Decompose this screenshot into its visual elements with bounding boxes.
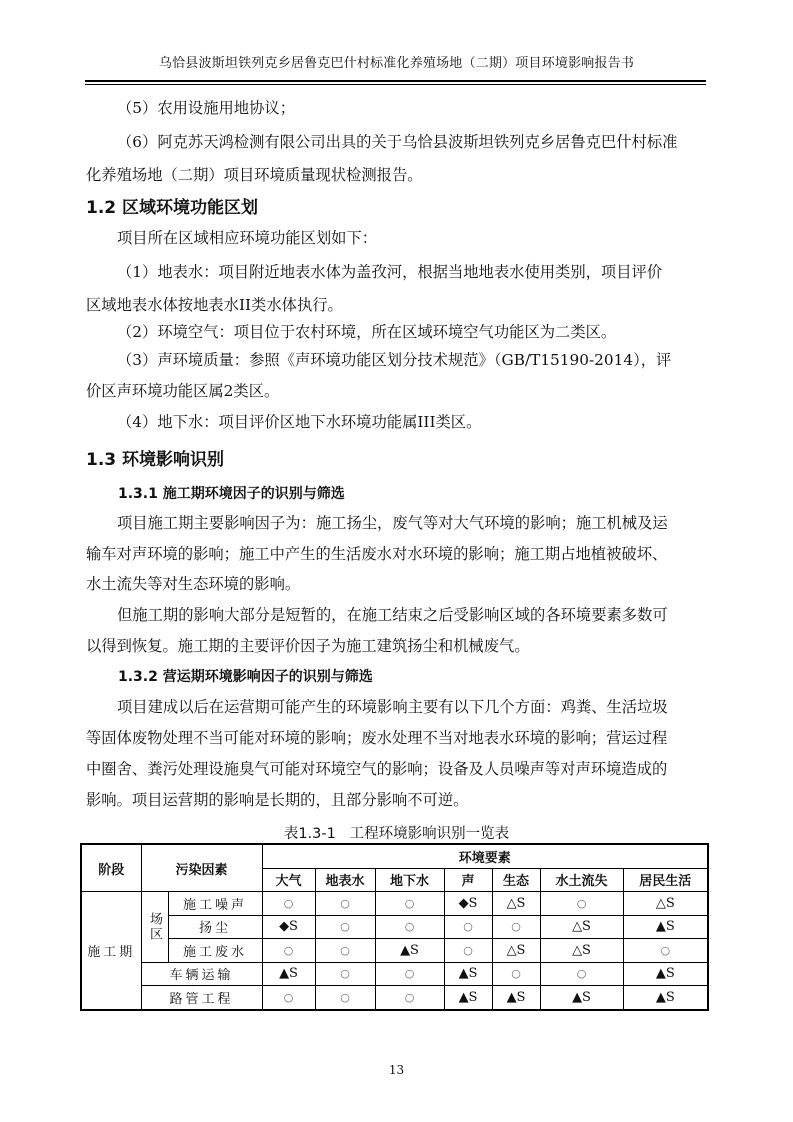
- page-number: 13: [0, 1063, 793, 1077]
- table-row: 扬尘 ◆S ○ ○ ○ ○ △S ▲S: [81, 915, 708, 939]
- value-cell: ○: [315, 939, 375, 963]
- value-cell: ○: [375, 962, 444, 986]
- header-env-elements: 环境要素: [262, 844, 708, 868]
- table-caption: 表1.3-1 工程环境影响识别一览表: [0, 822, 793, 843]
- table-row: 施工废水 ○ ○ ▲S ○ △S △S ○: [81, 939, 708, 963]
- section-heading-1-3: 1.3 环境影响识别: [86, 445, 224, 470]
- header-ecology: 生态: [492, 868, 540, 892]
- value-cell: ○: [375, 892, 444, 916]
- value-cell: ○: [315, 892, 375, 916]
- table-row: 施工期 场区 施工噪声 ○ ○ ○ ◆S △S ○ △S: [81, 892, 708, 916]
- paragraph: 影响。项目运营期的影响是长期的，且部分影响不可逆。: [86, 790, 706, 810]
- subgroup-label: 场区: [147, 912, 162, 942]
- impact-identification-table: 阶段 污染因素 环境要素 大气 地表水 地下水 声 生态 水土流失 居民生活 施…: [80, 843, 709, 1011]
- value-cell: △S: [492, 892, 540, 916]
- value-cell: △S: [623, 892, 708, 916]
- header-rule-double-2: [85, 84, 706, 85]
- value-cell: ○: [375, 986, 444, 1010]
- value-cell: ▲S: [623, 915, 708, 939]
- paragraph: （4）地下水：项目评价区地下水环境功能属III类区。: [86, 412, 737, 432]
- header-stage: 阶段: [81, 844, 141, 892]
- paragraph: （3）声环境质量：参照《声环境功能区划分技术规范》（GB/T15190-2014…: [86, 350, 737, 370]
- factor-cell: 路管工程: [141, 986, 262, 1010]
- paragraph: 水土流失等对生态环境的影响。: [86, 574, 706, 594]
- paragraph: 项目所在区域相应环境功能区划如下：: [86, 228, 737, 248]
- value-cell: ○: [315, 915, 375, 939]
- table-row: 车辆运输 ▲S ○ ○ ▲S ○ ○ ▲S: [81, 962, 708, 986]
- value-cell: ▲S: [623, 986, 708, 1010]
- value-cell: ○: [315, 962, 375, 986]
- value-cell: ○: [262, 892, 315, 916]
- value-cell: ○: [540, 962, 623, 986]
- value-cell: ○: [375, 915, 444, 939]
- header-groundwater: 地下水: [375, 868, 444, 892]
- section-heading-1-2: 1.2 区域环境功能区划: [86, 193, 258, 218]
- value-cell: △S: [540, 939, 623, 963]
- value-cell: ○: [492, 962, 540, 986]
- value-cell: ○: [262, 986, 315, 1010]
- paragraph: 中圈舍、粪污处理设施臭气可能对环境空气的影响；设备及人员噪声等对声环境造成的: [86, 759, 706, 779]
- paragraph: 价区声环境功能区属2类区。: [86, 381, 706, 401]
- subgroup-cell: 场区: [141, 892, 168, 963]
- paragraph: 区域地表水体按地表水II类水体执行。: [86, 295, 706, 315]
- header-residents: 居民生活: [623, 868, 708, 892]
- value-cell: ▲S: [623, 962, 708, 986]
- paragraph: （1）地表水：项目附近地表水体为盖孜河，根据当地地表水使用类别，项目评价: [86, 262, 737, 282]
- value-cell: ○: [623, 939, 708, 963]
- value-cell: ○: [262, 939, 315, 963]
- factor-cell: 施工噪声: [168, 892, 262, 916]
- value-cell: △S: [492, 939, 540, 963]
- paragraph: （2）环境空气：项目位于农村环境，所在区域环境空气功能区为二类区。: [86, 322, 737, 342]
- paragraph-item-6-cont: 化养殖场地（二期）项目环境质量现状检测报告。: [86, 165, 706, 185]
- paragraph: 但施工期的影响大部分是短暂的，在施工结束之后受影响区域的各环境要素多数可: [86, 605, 737, 625]
- table-row: 路管工程 ○ ○ ○ ▲S ▲S ▲S ▲S: [81, 986, 708, 1010]
- paragraph: 等固体废物处理不当可能对环境的影响；废水处理不当对地表水环境的影响；营运过程: [86, 728, 706, 748]
- subsection-heading-1-3-1: 1.3.1 施工期环境因子的识别与筛选: [118, 483, 345, 503]
- paragraph-item-6: （6）阿克苏天鸿检测有限公司出具的关于乌恰县波斯坦铁列克乡居鲁克巴什村标准: [86, 132, 737, 152]
- stage-cell: 施工期: [81, 892, 141, 1010]
- value-cell: ◆S: [262, 915, 315, 939]
- paragraph: 输车对声环境的影响；施工中产生的生活废水对水环境的影响；施工期占地植被破坏、: [86, 544, 706, 564]
- document-header: 乌恰县波斯坦铁列克乡居鲁克巴什村标准化养殖场地（二期）项目环境影响报告书: [0, 52, 793, 71]
- header-rule-double-1: [85, 80, 706, 82]
- value-cell: ○: [540, 892, 623, 916]
- header-surface-water: 地表水: [315, 868, 375, 892]
- value-cell: ▲S: [492, 986, 540, 1010]
- value-cell: ▲S: [375, 939, 444, 963]
- header-air: 大气: [262, 868, 315, 892]
- factor-cell: 扬尘: [168, 915, 262, 939]
- value-cell: ▲S: [444, 962, 492, 986]
- paragraph-item-5: （5）农用设施用地协议；: [86, 98, 737, 118]
- header-noise: 声: [444, 868, 492, 892]
- value-cell: △S: [540, 915, 623, 939]
- paragraph: 项目建成以后在运营期可能产生的环境影响主要有以下几个方面：鸡粪、生活垃圾: [86, 697, 737, 717]
- value-cell: ○: [315, 986, 375, 1010]
- header-soil-erosion: 水土流失: [540, 868, 623, 892]
- value-cell: ▲S: [444, 986, 492, 1010]
- value-cell: ◆S: [444, 892, 492, 916]
- value-cell: ○: [444, 915, 492, 939]
- factor-cell: 施工废水: [168, 939, 262, 963]
- value-cell: ○: [444, 939, 492, 963]
- factor-cell: 车辆运输: [141, 962, 262, 986]
- value-cell: ○: [492, 915, 540, 939]
- paragraph: 以得到恢复。施工期的主要评价因子为施工建筑扬尘和机械废气。: [86, 636, 706, 656]
- subsection-heading-1-3-2: 1.3.2 营运期环境影响因子的识别与筛选: [118, 666, 373, 686]
- paragraph: 项目施工期主要影响因子为：施工扬尘，废气等对大气环境的影响；施工机械及运: [86, 513, 737, 533]
- value-cell: ▲S: [262, 962, 315, 986]
- value-cell: ▲S: [540, 986, 623, 1010]
- header-factor: 污染因素: [141, 844, 262, 892]
